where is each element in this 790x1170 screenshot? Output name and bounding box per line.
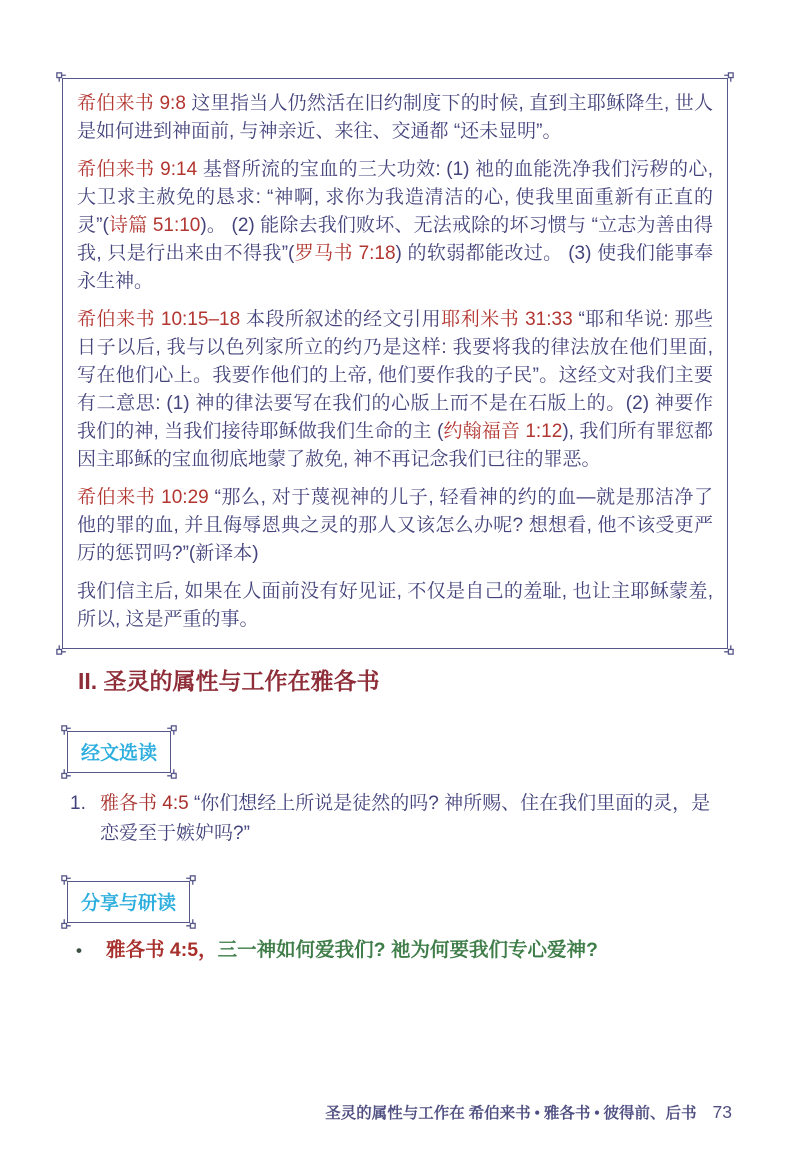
share-study-label: 分享与研读	[67, 881, 190, 923]
frame-corner-ornament-icon	[60, 874, 75, 889]
paragraph-text: 我们信主后, 如果在人面前没有好见证, 不仅是自己的羞耻, 也让主耶稣蒙羞, 所…	[77, 581, 713, 630]
scripture-paragraph: 希伯来书 10:15–18 本段所叙述的经文引用耶利米书 31:33 “耶和华说…	[77, 306, 713, 474]
verse-ref: 耶利米书 31:33	[441, 309, 572, 330]
scripture-paragraph: 希伯来书 10:29 “那么, 对于蔑视神的儿子, 轻看神的约的血—就是那洁净了…	[77, 484, 713, 568]
frame-corner-ornament-icon	[163, 724, 178, 739]
discussion-question: 雅各书 4:5，三一神如何爱我们? 祂为何要我们专心爱神?	[106, 936, 598, 965]
quote-text: “你们想经上所说是徒然的吗? 神所赐、住在我们里面的灵，是恋爱至于嫉妒吗?”	[100, 793, 710, 844]
frame-corner-ornament-icon	[720, 641, 735, 656]
document-page: 希伯来书 9:8 这里指当人仍然活在旧约制度下的时候, 直到主耶稣降生, 世人是…	[0, 0, 790, 1170]
scripture-paragraph: 希伯来书 9:14 基督所流的宝血的三大功效: (1) 祂的血能洗净我们污秽的心…	[77, 156, 713, 296]
verse-ref: 希伯来书 9:8	[77, 93, 186, 114]
paragraph-text: 本段所叙述的经文引用	[240, 309, 441, 330]
verse-ref: 罗马书 7:18	[294, 243, 395, 264]
frame-corner-ornament-icon	[60, 915, 75, 930]
frame-corner-ornament-icon	[60, 724, 75, 739]
frame-corner-ornament-icon	[182, 874, 197, 889]
bullet-icon: •	[76, 936, 106, 965]
verse-ref: 诗篇 51:10	[109, 215, 201, 236]
page-footer: 圣灵的属性与工作在 希伯来书 • 雅各书 • 彼得前、后书 73	[325, 1101, 732, 1123]
numbered-scripture-item: 1. 雅各书 4:5 “你们想经上所说是徒然的吗? 神所赐、住在我们里面的灵，是…	[70, 789, 718, 849]
scripture-paragraph: 希伯来书 9:8 这里指当人仍然活在旧约制度下的时候, 直到主耶稣降生, 世人是…	[77, 90, 713, 146]
list-number: 1.	[70, 789, 100, 819]
frame-corner-ornament-icon	[60, 765, 75, 780]
label-text: 分享与研读	[81, 893, 176, 914]
frame-corner-ornament-icon	[55, 641, 70, 656]
frame-corner-ornament-icon	[182, 915, 197, 930]
frame-corner-ornament-icon	[163, 765, 178, 780]
footer-title: 圣灵的属性与工作在 希伯来书 • 雅各书 • 彼得前、后书	[325, 1101, 696, 1123]
discussion-question-item: • 雅各书 4:5，三一神如何爱我们? 祂为何要我们专心爱神?	[76, 936, 720, 965]
label-text: 经文选读	[81, 743, 157, 764]
scripture-quotes-box: 希伯来书 9:8 这里指当人仍然活在旧约制度下的时候, 直到主耶稣降生, 世人是…	[62, 78, 728, 649]
page-number: 73	[713, 1102, 732, 1123]
scripture-paragraph: 我们信主后, 如果在人面前没有好见证, 不仅是自己的羞耻, 也让主耶稣蒙羞, 所…	[77, 578, 713, 634]
verse-ref: 雅各书 4:5	[100, 793, 189, 814]
scripture-quote: 雅各书 4:5 “你们想经上所说是徒然的吗? 神所赐、住在我们里面的灵，是恋爱至…	[100, 789, 718, 849]
verse-ref: 希伯来书 10:29	[77, 487, 209, 508]
verse-ref: 雅各书 4:5，	[106, 939, 218, 961]
question-text: 三一神如何爱我们? 祂为何要我们专心爱神?	[218, 939, 598, 961]
verse-ref: 约翰福音 1:12	[443, 421, 562, 442]
frame-corner-ornament-icon	[720, 71, 735, 86]
section-heading: II. 圣灵的属性与工作在雅各书	[78, 666, 380, 696]
scripture-reading-label: 经文选读	[67, 731, 171, 773]
verse-ref: 希伯来书 9:14	[77, 159, 197, 180]
frame-corner-ornament-icon	[55, 71, 70, 86]
verse-ref: 希伯来书 10:15–18	[77, 309, 240, 330]
